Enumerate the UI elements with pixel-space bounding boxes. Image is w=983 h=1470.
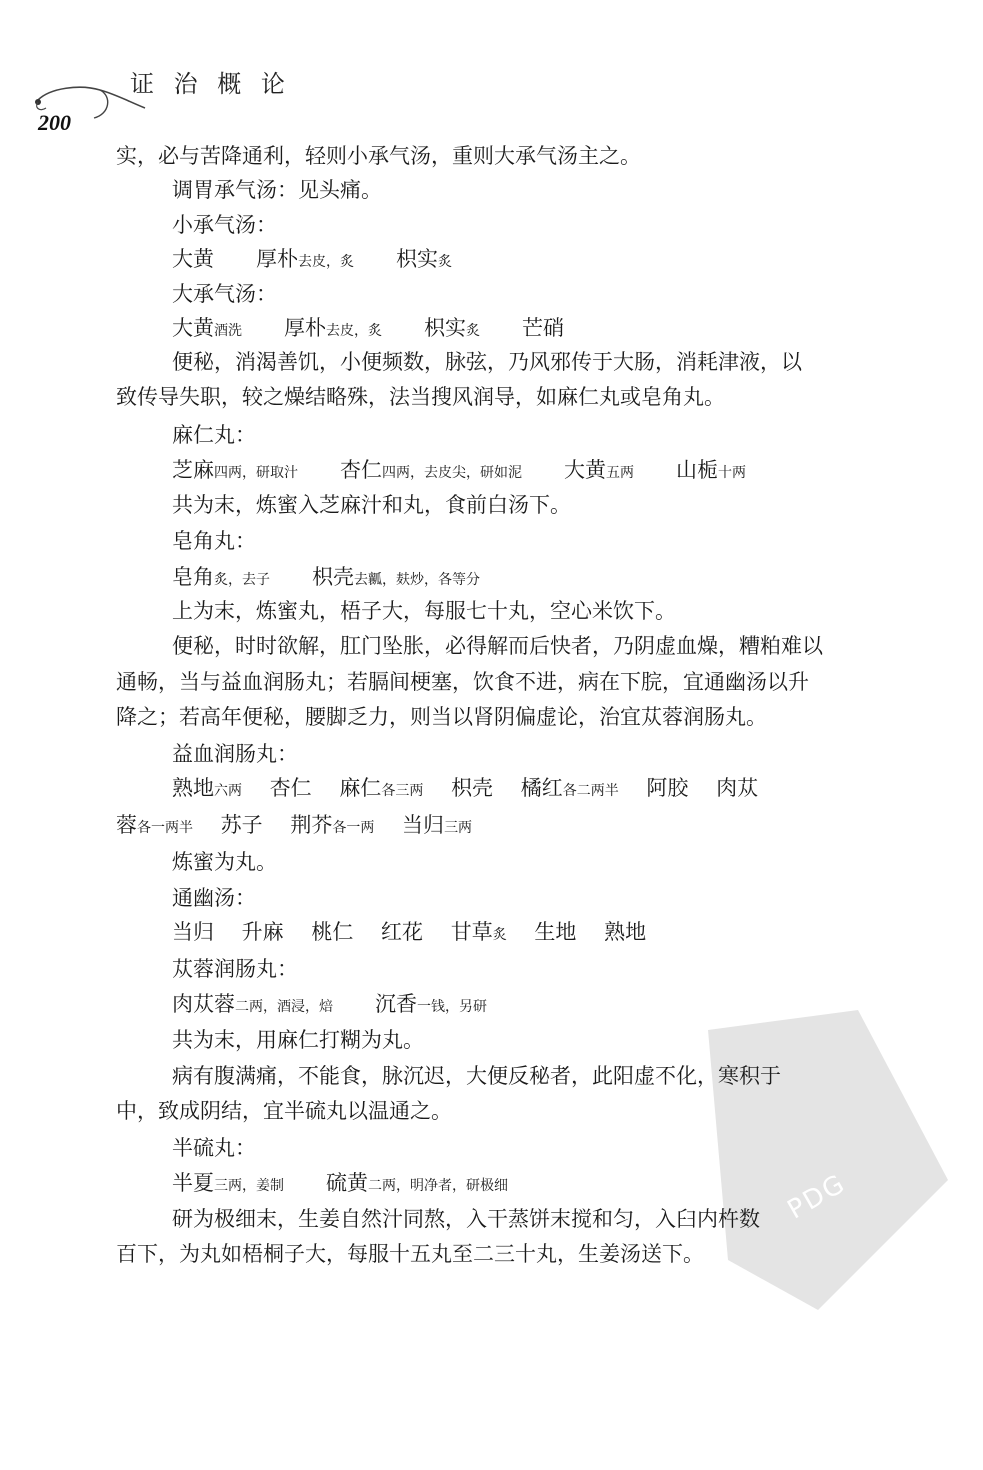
- ingredient-name: 芝麻: [172, 458, 214, 482]
- text-line: 调胃承气汤：见头痛。: [172, 180, 382, 201]
- annotation-note: 各三两: [381, 783, 423, 799]
- ingredient-name: 当归: [172, 920, 214, 944]
- ingredient-name: 肉苁: [688, 776, 758, 800]
- text-line: 共为末，炼蜜入芝麻汁和丸，食前白汤下。: [172, 495, 571, 516]
- text-line: 病有腹满痛，不能食，脉沉迟，大便反秘者，此阳虚不化，寒积于: [172, 1066, 781, 1087]
- annotation-note: 炙，去子: [214, 572, 270, 588]
- annotation-note: 四两，去皮尖，研如泥: [382, 465, 522, 481]
- ingredient-name: 生地: [507, 920, 577, 944]
- ingredient-name: 大黄: [522, 458, 606, 482]
- text-line: 小承气汤：: [172, 215, 277, 236]
- text-line: 皂角丸：: [172, 531, 256, 552]
- text-line: 百下，为丸如梧桐子大，每服十五丸至二三十丸，生姜汤送下。: [116, 1244, 704, 1265]
- ingredient-name: 麻仁: [312, 776, 382, 800]
- text-line: 便秘，消渴善饥，小便频数，脉弦，乃风邪传于大肠，消耗津液，以: [172, 352, 802, 373]
- text-line: 麻仁丸：: [172, 425, 256, 446]
- ingredient-name: 甘草: [423, 920, 493, 944]
- annotation-note: 二两，酒浸，焙: [235, 999, 333, 1015]
- ingredient-name: 桃仁: [284, 920, 354, 944]
- text-line: 降之；若高年便秘，腰脚乏力，则当以肾阴偏虚论，治宜苁蓉润肠丸。: [116, 707, 767, 728]
- annotation-note: 六两: [214, 783, 242, 799]
- text-line: 中，致成阴结，宜半硫丸以温通之。: [116, 1101, 452, 1122]
- ingredient-name: 大黄: [172, 316, 214, 340]
- text-line: 熟地六两 杏仁 麻仁各三两 枳壳 橘红各二两半 阿胶 肉苁: [172, 778, 758, 799]
- text-line: 通幽汤：: [172, 888, 256, 909]
- text-line: 蓉各一两半 苏子 荆芥各一两 当归三两: [116, 815, 472, 836]
- ingredient-name: 皂角: [172, 565, 214, 589]
- annotation-note: 去皮，炙: [326, 323, 382, 339]
- text-line: 苁蓉润肠丸：: [172, 959, 298, 980]
- ingredient-name: 熟地: [576, 920, 646, 944]
- ingredient-name: 杏仁: [298, 458, 382, 482]
- page-number: 200: [38, 110, 71, 136]
- chapter-title: 证 治 概 论: [130, 64, 291, 99]
- ingredient-name: 厚朴: [242, 316, 326, 340]
- ingredient-name: 肉苁蓉: [172, 992, 235, 1016]
- text-line: 半夏三两，姜制 硫黄二两，明净者，研极细: [172, 1173, 508, 1194]
- ingredient-name: 枳壳: [270, 565, 354, 589]
- text-line: 通畅，当与益血润肠丸；若膈间梗塞，饮食不进，病在下脘，宜通幽汤以升: [116, 672, 809, 693]
- annotation-note: 炙: [466, 323, 480, 339]
- ingredient-name: 枳实: [354, 247, 438, 271]
- text-line: 大黄 厚朴去皮，炙 枳实炙: [172, 249, 452, 270]
- ingredient-name: 杏仁: [242, 776, 312, 800]
- annotation-note: 各一两半: [137, 820, 193, 836]
- ingredient-name: 升麻: [214, 920, 284, 944]
- text-line: 炼蜜为丸。: [172, 852, 277, 873]
- annotation-note: 酒洗: [214, 323, 242, 339]
- ingredient-name: 沉香: [333, 992, 417, 1016]
- text-line: 致传导失职，较之燥结略殊，法当搜风润导，如麻仁丸或皂角丸。: [116, 387, 725, 408]
- ingredient-name: 厚朴: [214, 247, 298, 271]
- annotation-note: 炙: [438, 254, 452, 270]
- annotation-note: 各二两半: [563, 783, 619, 799]
- ingredient-name: 大黄: [172, 247, 214, 271]
- text-line: 上为末，炼蜜丸，梧子大，每服七十丸，空心米饮下。: [172, 601, 676, 622]
- ingredient-name: 蓉: [116, 813, 137, 837]
- ingredient-name: 枳实: [382, 316, 466, 340]
- text-line: 便秘，时时欲解，肛门坠胀，必得解而后快者，乃阴虚血燥，糟粕难以: [172, 636, 823, 657]
- text-line: 肉苁蓉二两，酒浸，焙 沉香一钱，另研: [172, 994, 487, 1015]
- ingredient-name: 苏子: [193, 813, 263, 837]
- text-line: 实，必与苦降通利，轻则小承气汤，重则大承气汤主之。: [116, 146, 641, 167]
- annotation-note: 三两，姜制: [214, 1178, 284, 1194]
- ingredient-name: 半夏: [172, 1171, 214, 1195]
- ingredient-name: 红花: [353, 920, 423, 944]
- ingredient-name: 枳壳: [423, 776, 493, 800]
- annotation-note: 去皮，炙: [298, 254, 354, 270]
- text-line: 大黄酒洗 厚朴去皮，炙 枳实炙 芒硝: [172, 318, 564, 339]
- annotation-note: 五两: [606, 465, 634, 481]
- annotation-note: 三两: [444, 820, 472, 836]
- ingredient-name: 当归: [374, 813, 444, 837]
- text-line: 半硫丸：: [172, 1138, 256, 1159]
- text-line: 皂角炙，去子 枳壳去瓤，麸炒，各等分: [172, 567, 480, 588]
- annotation-note: 去瓤，麸炒，各等分: [354, 572, 480, 588]
- annotation-note: 十两: [718, 465, 746, 481]
- ingredient-name: 橘红: [493, 776, 563, 800]
- ingredient-name: 硫黄: [284, 1171, 368, 1195]
- annotation-note: 各一两: [332, 820, 374, 836]
- ingredient-name: 荆芥: [263, 813, 333, 837]
- text-line: 芝麻四两，研取汁 杏仁四两，去皮尖，研如泥 大黄五两 山栀十两: [172, 460, 746, 481]
- text-line: 研为极细末，生姜自然汁同熬，入干蒸饼末搅和匀，入臼内杵数: [172, 1209, 760, 1230]
- stamp-shape-icon: [668, 1010, 948, 1310]
- text-line: 大承气汤：: [172, 284, 277, 305]
- annotation-note: 一钱，另研: [417, 999, 487, 1015]
- ingredient-name: 阿胶: [619, 776, 689, 800]
- running-header: 证 治 概 论 200: [30, 58, 330, 138]
- ingredient-name: 芒硝: [480, 316, 564, 340]
- ingredient-name: 山栀: [634, 458, 718, 482]
- annotation-note: 炙: [493, 927, 507, 943]
- text-line: 益血润肠丸：: [172, 744, 298, 765]
- annotation-note: 四两，研取汁: [214, 465, 298, 481]
- ingredient-name: 熟地: [172, 776, 214, 800]
- text-line: 共为末，用麻仁打糊为丸。: [172, 1030, 424, 1051]
- annotation-note: 二两，明净者，研极细: [368, 1178, 508, 1194]
- watermark-stamp: PDG: [668, 1010, 948, 1310]
- text-line: 当归 升麻 桃仁 红花 甘草炙 生地 熟地: [172, 922, 646, 943]
